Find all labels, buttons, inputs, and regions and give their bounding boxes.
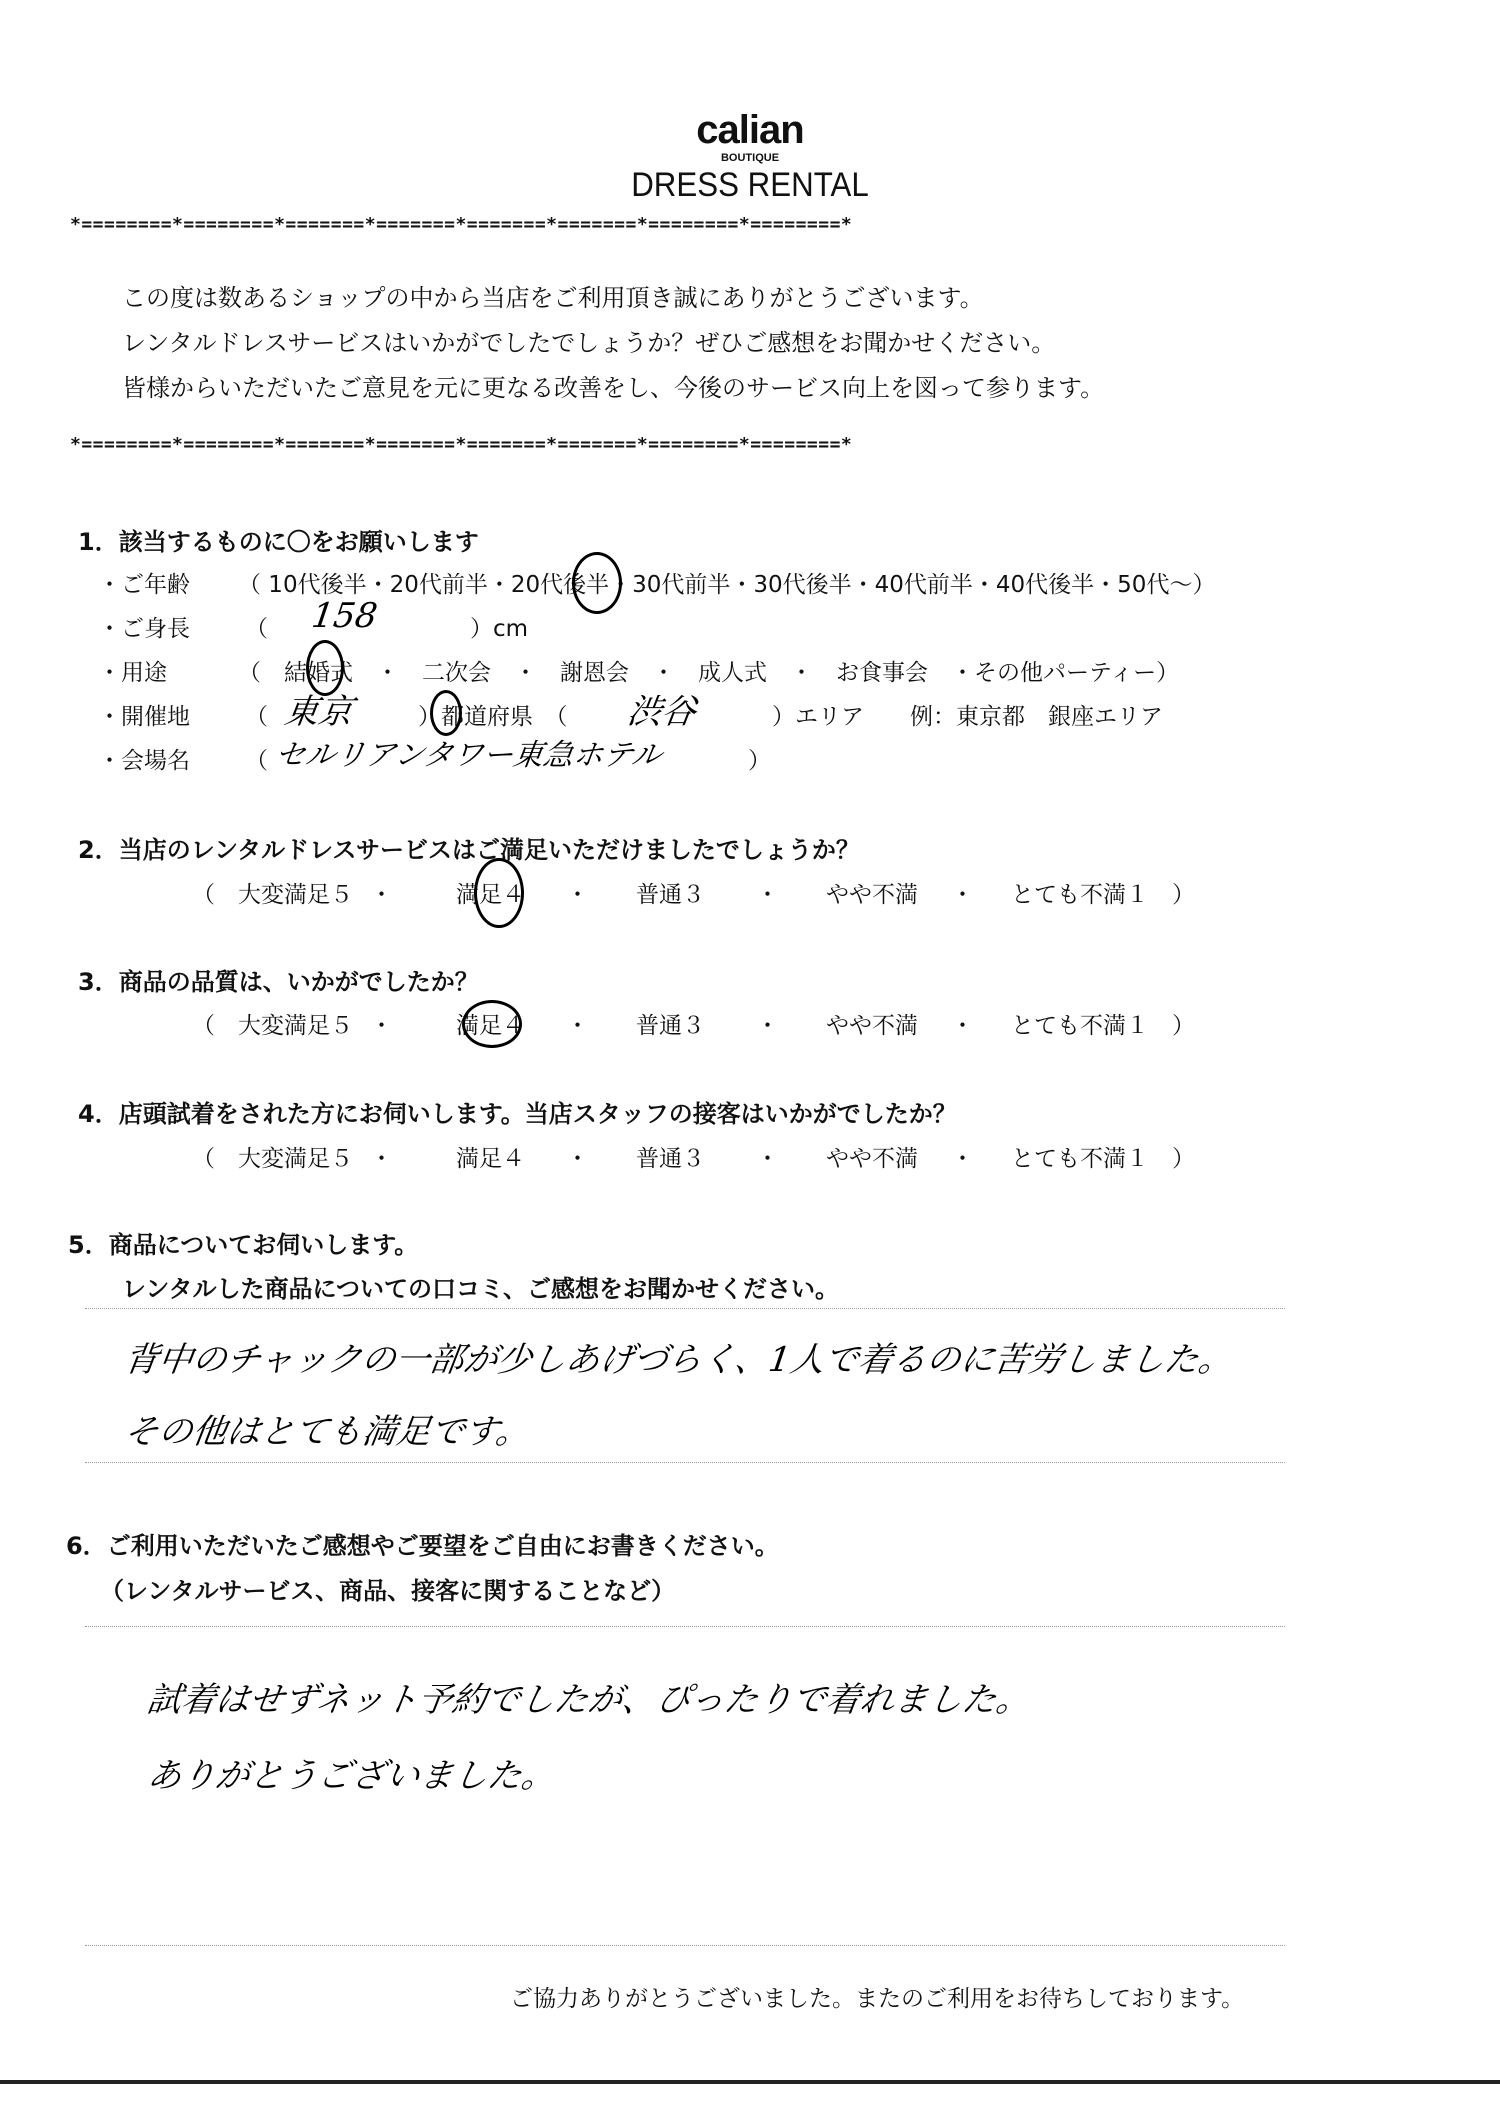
option-very-dissatisfied[interactable]: とても不満１ ） [1011,1007,1195,1040]
question-5-subtitle: レンタルした商品についての口コミ、ご感想をお聞かせください。 [122,1269,839,1304]
location-area[interactable]: 渋谷 [625,684,700,733]
dot: ・ [951,1007,1011,1040]
dot: ・ [370,876,456,909]
height-value[interactable]: 158 [309,596,380,636]
option-very-dissatisfied[interactable]: とても不満１ ） [1011,1140,1195,1173]
intro-line-1: この度は数あるショップの中から当店をご利用頂き誠にありがとうございます。 [122,278,984,313]
question-3-title: 3．商品の品質は、いかがでしたか？ [78,962,479,997]
separator-top: *========*========*=======*=======*=====… [70,214,1370,235]
scan-edge [0,2080,1500,2084]
question-6-answer-line-2[interactable]: ありがとうございました。 [145,1748,560,1797]
intro-line-3: 皆様からいただいたご意見を元に更なる改善をし、今後のサービス向上を図って参ります… [122,368,1104,403]
question-4-options[interactable]: （ 大変満足５・満足４・普通３・やや不満・とても不満１ ） [192,1140,1195,1173]
option-very-satisfied[interactable]: （ 大変満足５ [192,1007,370,1040]
option-normal[interactable]: 普通３ [636,876,756,909]
page-title: DRESS RENTAL [60,166,1440,205]
question-2-title: 2．当店のレンタルドレスサービスはご満足いただけましたでしょうか？ [78,830,860,865]
age-label: ・ご年齢 [98,566,190,599]
brand-logo: calian [0,108,1500,153]
height-open: （ [245,610,268,643]
question-6-title: 6．ご利用いただいたご感想やご要望をご自由にお書きください。 [66,1526,779,1561]
dot: ・ [756,1007,826,1040]
answer-box-6-bottom [85,1945,1285,1946]
location-open: （ [245,698,268,731]
question-2-options[interactable]: （ 大変満足５・満足４・普通３・やや不満・とても不満１ ） [192,876,1195,909]
dot: ・ [951,876,1011,909]
option-normal[interactable]: 普通３ [636,1140,756,1173]
answer-box-5-bottom [85,1462,1285,1463]
dot: ・ [951,1140,1011,1173]
age-selected-circle [572,552,622,614]
option-slightly-dissatisfied[interactable]: やや不満 [826,1007,951,1040]
venue-label: ・会場名 [98,742,190,775]
question-5-title: 5．商品についてお伺いします。 [68,1225,418,1260]
location-prefecture[interactable]: 東京 [282,684,357,733]
option-satisfied[interactable]: 満足４ [456,1140,566,1173]
height-label: ・ご身長 [98,610,190,643]
option-normal[interactable]: 普通３ [636,1007,756,1040]
purpose-options[interactable]: （ 結婚式 ・ 二次会 ・ 謝恩会 ・ 成人式 ・ お食事会 ・その他パーティー… [238,654,1179,687]
dot: ・ [566,1007,636,1040]
question-4-title: 4．店頭試着をされた方にお伺いします。当店スタッフの接客はいかがでしたか？ [78,1094,957,1129]
answer-box-6-top [85,1626,1285,1627]
location-close: ）エリア 例：東京都 銀座エリア [772,698,1163,731]
purpose-label: ・用途 [98,654,167,687]
venue-close: ） [748,742,771,775]
location-label: ・開催地 [98,698,190,731]
age-options[interactable]: （ 10代後半・20代前半・20代後半・30代前半・30代後半・40代前半・40… [238,566,1215,599]
dot: ・ [756,876,826,909]
height-unit: ）cm [470,610,528,643]
question-6-subtitle: （レンタルサービス、商品、接客に関することなど） [100,1571,675,1606]
brand-subtitle: BOUTIQUE [0,152,1500,164]
question-5-answer-line-2[interactable]: その他はとても満足です。 [122,1404,534,1453]
option-slightly-dissatisfied[interactable]: やや不満 [826,876,951,909]
option-slightly-dissatisfied[interactable]: やや不満 [826,1140,951,1173]
venue-open: （ [245,742,268,775]
dot: ・ [566,876,636,909]
dot: ・ [566,1140,636,1173]
question-5-answer-line-1[interactable]: 背中のチャックの一部が少しあげづらく、1人で着るのに苦労しました。 [122,1332,1237,1381]
option-very-satisfied[interactable]: （ 大変満足５ [192,876,370,909]
question-2-selected-circle [474,858,524,928]
dot: ・ [756,1140,826,1173]
option-very-satisfied[interactable]: （ 大変満足５ [192,1140,370,1173]
venue-value[interactable]: セルリアンタワー東急ホテル [273,730,665,774]
question-6-answer-line-1[interactable]: 試着はせずネット予約でしたが、ぴったりで着れました。 [145,1672,1035,1721]
option-very-dissatisfied[interactable]: とても不満１ ） [1011,876,1195,909]
separator-bottom: *========*========*=======*=======*=====… [70,434,1370,455]
dot: ・ [370,1007,456,1040]
intro-line-2: レンタルドレスサービスはいかがでしたでしょうか？ぜひご感想をお聞かせください。 [122,323,1055,358]
footer-thanks: ご協力ありがとうございました。またのご利用をお待ちしております。 [510,1980,1244,2013]
answer-box-5-top [85,1308,1285,1309]
question-3-selected-circle [462,1000,522,1048]
question-1-title: 1．該当するものに〇をお願いします [78,522,479,557]
question-3-options[interactable]: （ 大変満足５・満足４・普通３・やや不満・とても不満１ ） [192,1007,1195,1040]
dot: ・ [370,1140,456,1173]
